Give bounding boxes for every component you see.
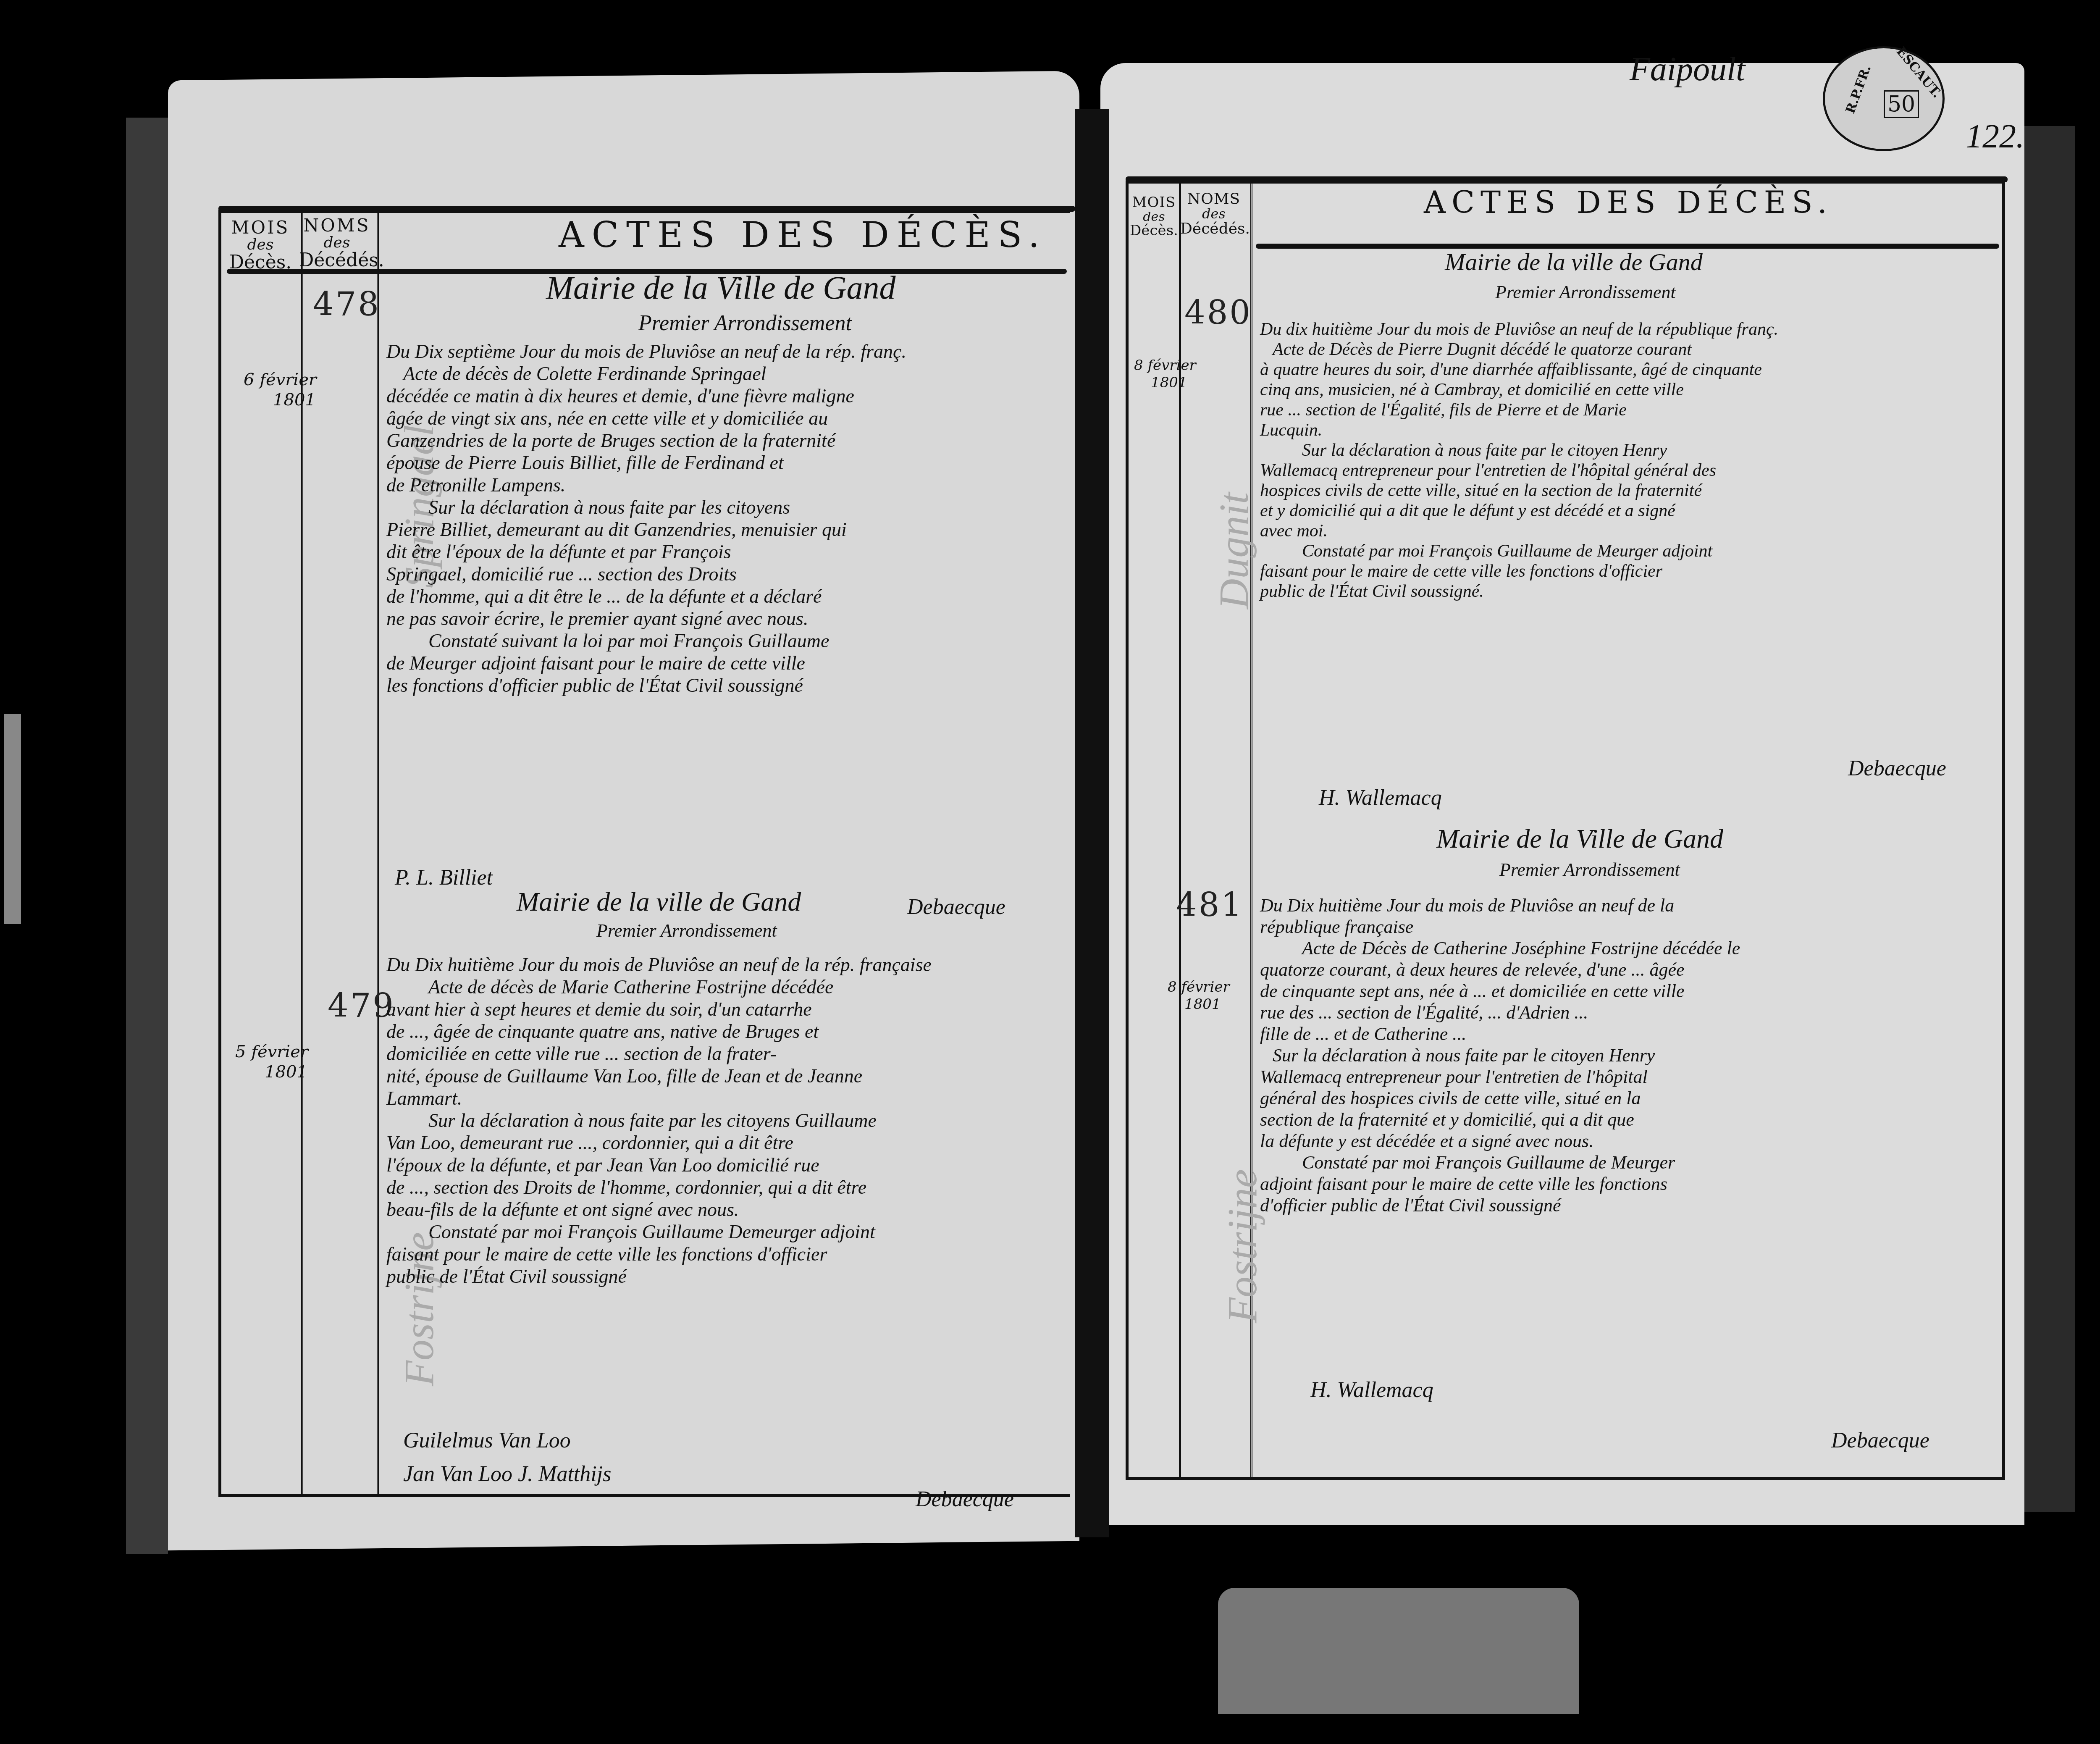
entry-number: 479 (328, 987, 395, 1025)
entry-body: Du Dix huitième Jour du mois de Pluviôse… (386, 953, 932, 1287)
right-month-column-header: MOIS des Décès. (1130, 195, 1178, 239)
signature: Debaecque (907, 895, 1005, 919)
stamp-left-text: R.P.FR. (1843, 63, 1874, 116)
entry-body: Du Dix huitième Jour du mois de Pluviôse… (1260, 895, 1740, 1216)
right-names-column-header: NOMS des Décédés. (1180, 191, 1247, 237)
stamp-value: 50 (1884, 90, 1919, 118)
entry-subheading: Premier Arrondissement (638, 311, 852, 336)
entry-date: 6 février 1801 (244, 370, 317, 410)
bottom-thumb (1218, 1588, 1579, 1714)
entry-subheading: Premier Arrondissement (1495, 281, 1676, 303)
right-header-rule-top (1126, 176, 2008, 182)
entry-subheading: Premier Arrondissement (1499, 859, 1680, 880)
left-names-column-header: NOMS des Décédés. (299, 216, 375, 270)
entry-body: Du Dix septième Jour du mois de Pluviôse… (386, 340, 906, 696)
page-number: 122. (1966, 118, 2024, 156)
tax-stamp: R.P.FR. ESCAUT. 50 (1823, 46, 1945, 151)
left-header-rule-top (218, 206, 1075, 212)
left-page-title: ACTES DES DÉCÈS. (559, 214, 1047, 255)
signature: Debaecque (1848, 756, 1946, 781)
right-page-title: ACTES DES DÉCÈS. (1424, 185, 1833, 220)
entry-date: 8 février 1801 (1134, 357, 1196, 391)
left-month-column-header: MOIS des Décès. (223, 218, 298, 272)
entry-heading: Mairie de la Ville de Gand (1436, 823, 1723, 854)
entry-heading: Mairie de la ville de Gand (517, 886, 801, 917)
left-clip (4, 714, 21, 924)
entry-heading: Mairie de la Ville de Gand (546, 269, 896, 307)
signature: Debaecque (1831, 1428, 1929, 1453)
signature: H. Wallemacq (1310, 1378, 1433, 1403)
entry-date: 8 février 1801 (1168, 979, 1230, 1013)
signature: P. L. Billiet (395, 865, 493, 890)
margin-name: Fostrijne (1218, 1169, 1266, 1323)
entry-date: 5 février 1801 (235, 1042, 308, 1082)
top-signature: Faipoult (1630, 50, 1746, 89)
entry-body: Du dix huitième Jour du mois de Pluviôse… (1260, 319, 1778, 601)
signature: H. Wallemacq (1319, 785, 1442, 810)
entry-number: 481 (1176, 886, 1244, 924)
entry-subheading: Premier Arrondissement (596, 920, 777, 941)
entry-heading: Mairie de la ville de Gand (1445, 248, 1703, 276)
entry-number: 480 (1184, 294, 1252, 332)
book-spine (1075, 109, 1109, 1537)
signature: Jan Van Loo J. Matthijs (403, 1462, 611, 1487)
left-book-edge (126, 118, 168, 1554)
margin-name: Dugnit (1210, 492, 1258, 609)
signature: Guilelmus Van Loo (403, 1428, 571, 1453)
right-book-edge (2024, 126, 2075, 1512)
entry-number: 478 (313, 286, 381, 323)
signature: Debaecque (916, 1487, 1014, 1512)
